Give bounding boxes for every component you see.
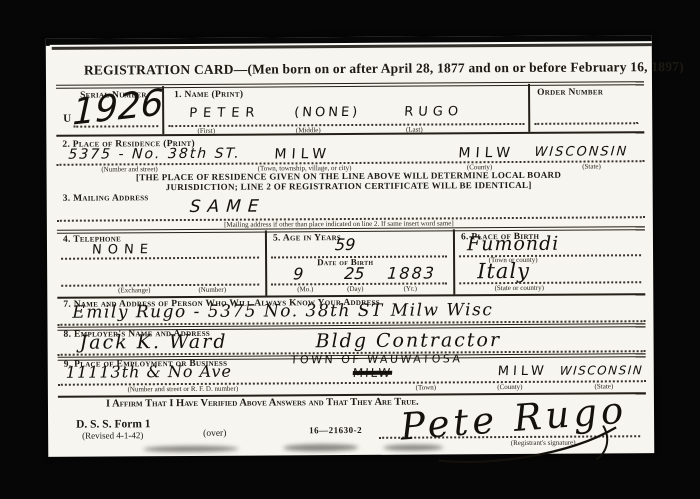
row1-bottom-rule: [56, 131, 644, 137]
residence-notice-line2: JURISDICTION; LINE 2 OF REGISTRATION CER…: [166, 180, 532, 192]
dob-month-value: 9: [293, 266, 304, 282]
serial-prefix: U: [63, 113, 71, 125]
card-title: REGISTRATION CARD—(Men born on or after …: [84, 59, 684, 79]
print-code: 16—21630-2: [309, 425, 362, 435]
dob-year-value: 1883: [387, 265, 437, 281]
scan-smudge: [143, 446, 238, 453]
order-number-label: Order Number: [537, 88, 603, 98]
telephone-line2: [61, 284, 259, 287]
residence-city-value: MILW: [274, 147, 331, 161]
birthplace-country-value: Italy: [477, 261, 530, 282]
age-birth-divider: [453, 229, 455, 294]
employment-county-value: MILW: [497, 365, 548, 378]
age-value: 59: [334, 237, 355, 253]
employment-town-sublabel: (Town): [416, 384, 437, 391]
employment-street-sublabel: (Number and street or R. F. D. number): [128, 386, 239, 394]
employment-annotation: TOWN OF WAUWATOSA: [290, 353, 463, 365]
residence-state-value: WISCONSIN: [534, 145, 629, 159]
contact-value: Emily Rugo - 5375 No. 38th ST Milw Wisc: [72, 302, 493, 322]
signature-sublabel: (Registrant's signature): [511, 440, 576, 447]
employment-street-value: 11113th & No Ave: [66, 364, 232, 381]
name-label: 1. Name (Print): [174, 91, 243, 101]
name-first-value: PETER: [189, 107, 261, 120]
year-sublabel: (Yr.): [404, 286, 417, 293]
name-order-divider: [528, 84, 530, 132]
affirmation-text: I Affirm That I Have Verified Above Answ…: [106, 397, 419, 410]
scan-background: { "header": { "title": "REGISTRATION CAR…: [0, 0, 700, 499]
mailing-label: 3. Mailing Address: [63, 194, 149, 204]
exchange-sublabel: (Exchange): [118, 287, 150, 294]
name-line: [168, 123, 524, 127]
number-sublabel: (Number): [198, 287, 226, 294]
mailing-value: SAME: [189, 199, 266, 216]
form-number: D. S. S. Form 1: [76, 418, 151, 430]
birthplace-country-sublabel: (State or country): [495, 285, 544, 292]
serial-number-value: 1926: [72, 85, 164, 131]
form-revision: (Revised 4-1-42): [82, 430, 143, 440]
birthplace-town-line: [459, 254, 641, 257]
employment-county-sublabel: (County): [497, 384, 522, 391]
order-number-line: [534, 122, 638, 125]
residence-county-value: MILW: [458, 146, 515, 160]
telephone-line1: [61, 257, 259, 260]
employment-town-struck-value: MILW: [352, 367, 392, 379]
telephone-age-divider: [265, 231, 267, 296]
day-sublabel: (Day): [347, 286, 363, 293]
over-note: (over): [203, 429, 226, 439]
scan-smudge: [283, 444, 358, 451]
name-last-value: RUGO: [404, 105, 464, 118]
dob-day-value: 25: [344, 266, 365, 282]
name-middle-value: (NONE): [294, 106, 361, 119]
registration-card: REGISTRATION CARD—(Men born on or after …: [46, 35, 655, 457]
residence-state-sublabel: (State): [582, 163, 601, 170]
month-sublabel: (Mo.): [297, 286, 313, 293]
residence-street-value: 5375 - No. 38th ST.: [68, 147, 241, 162]
telephone-value: NONE: [92, 243, 155, 256]
birthplace-country-line: [459, 281, 641, 284]
employer-name-value: Jack K. Ward: [80, 333, 228, 353]
employer-description-value: Bldg Contractor: [316, 331, 502, 351]
employment-state-value: WISCONSIN: [559, 364, 643, 377]
birthplace-town-value: Fumondi: [467, 235, 559, 255]
age-label: 5. Age in Years: [273, 234, 341, 244]
